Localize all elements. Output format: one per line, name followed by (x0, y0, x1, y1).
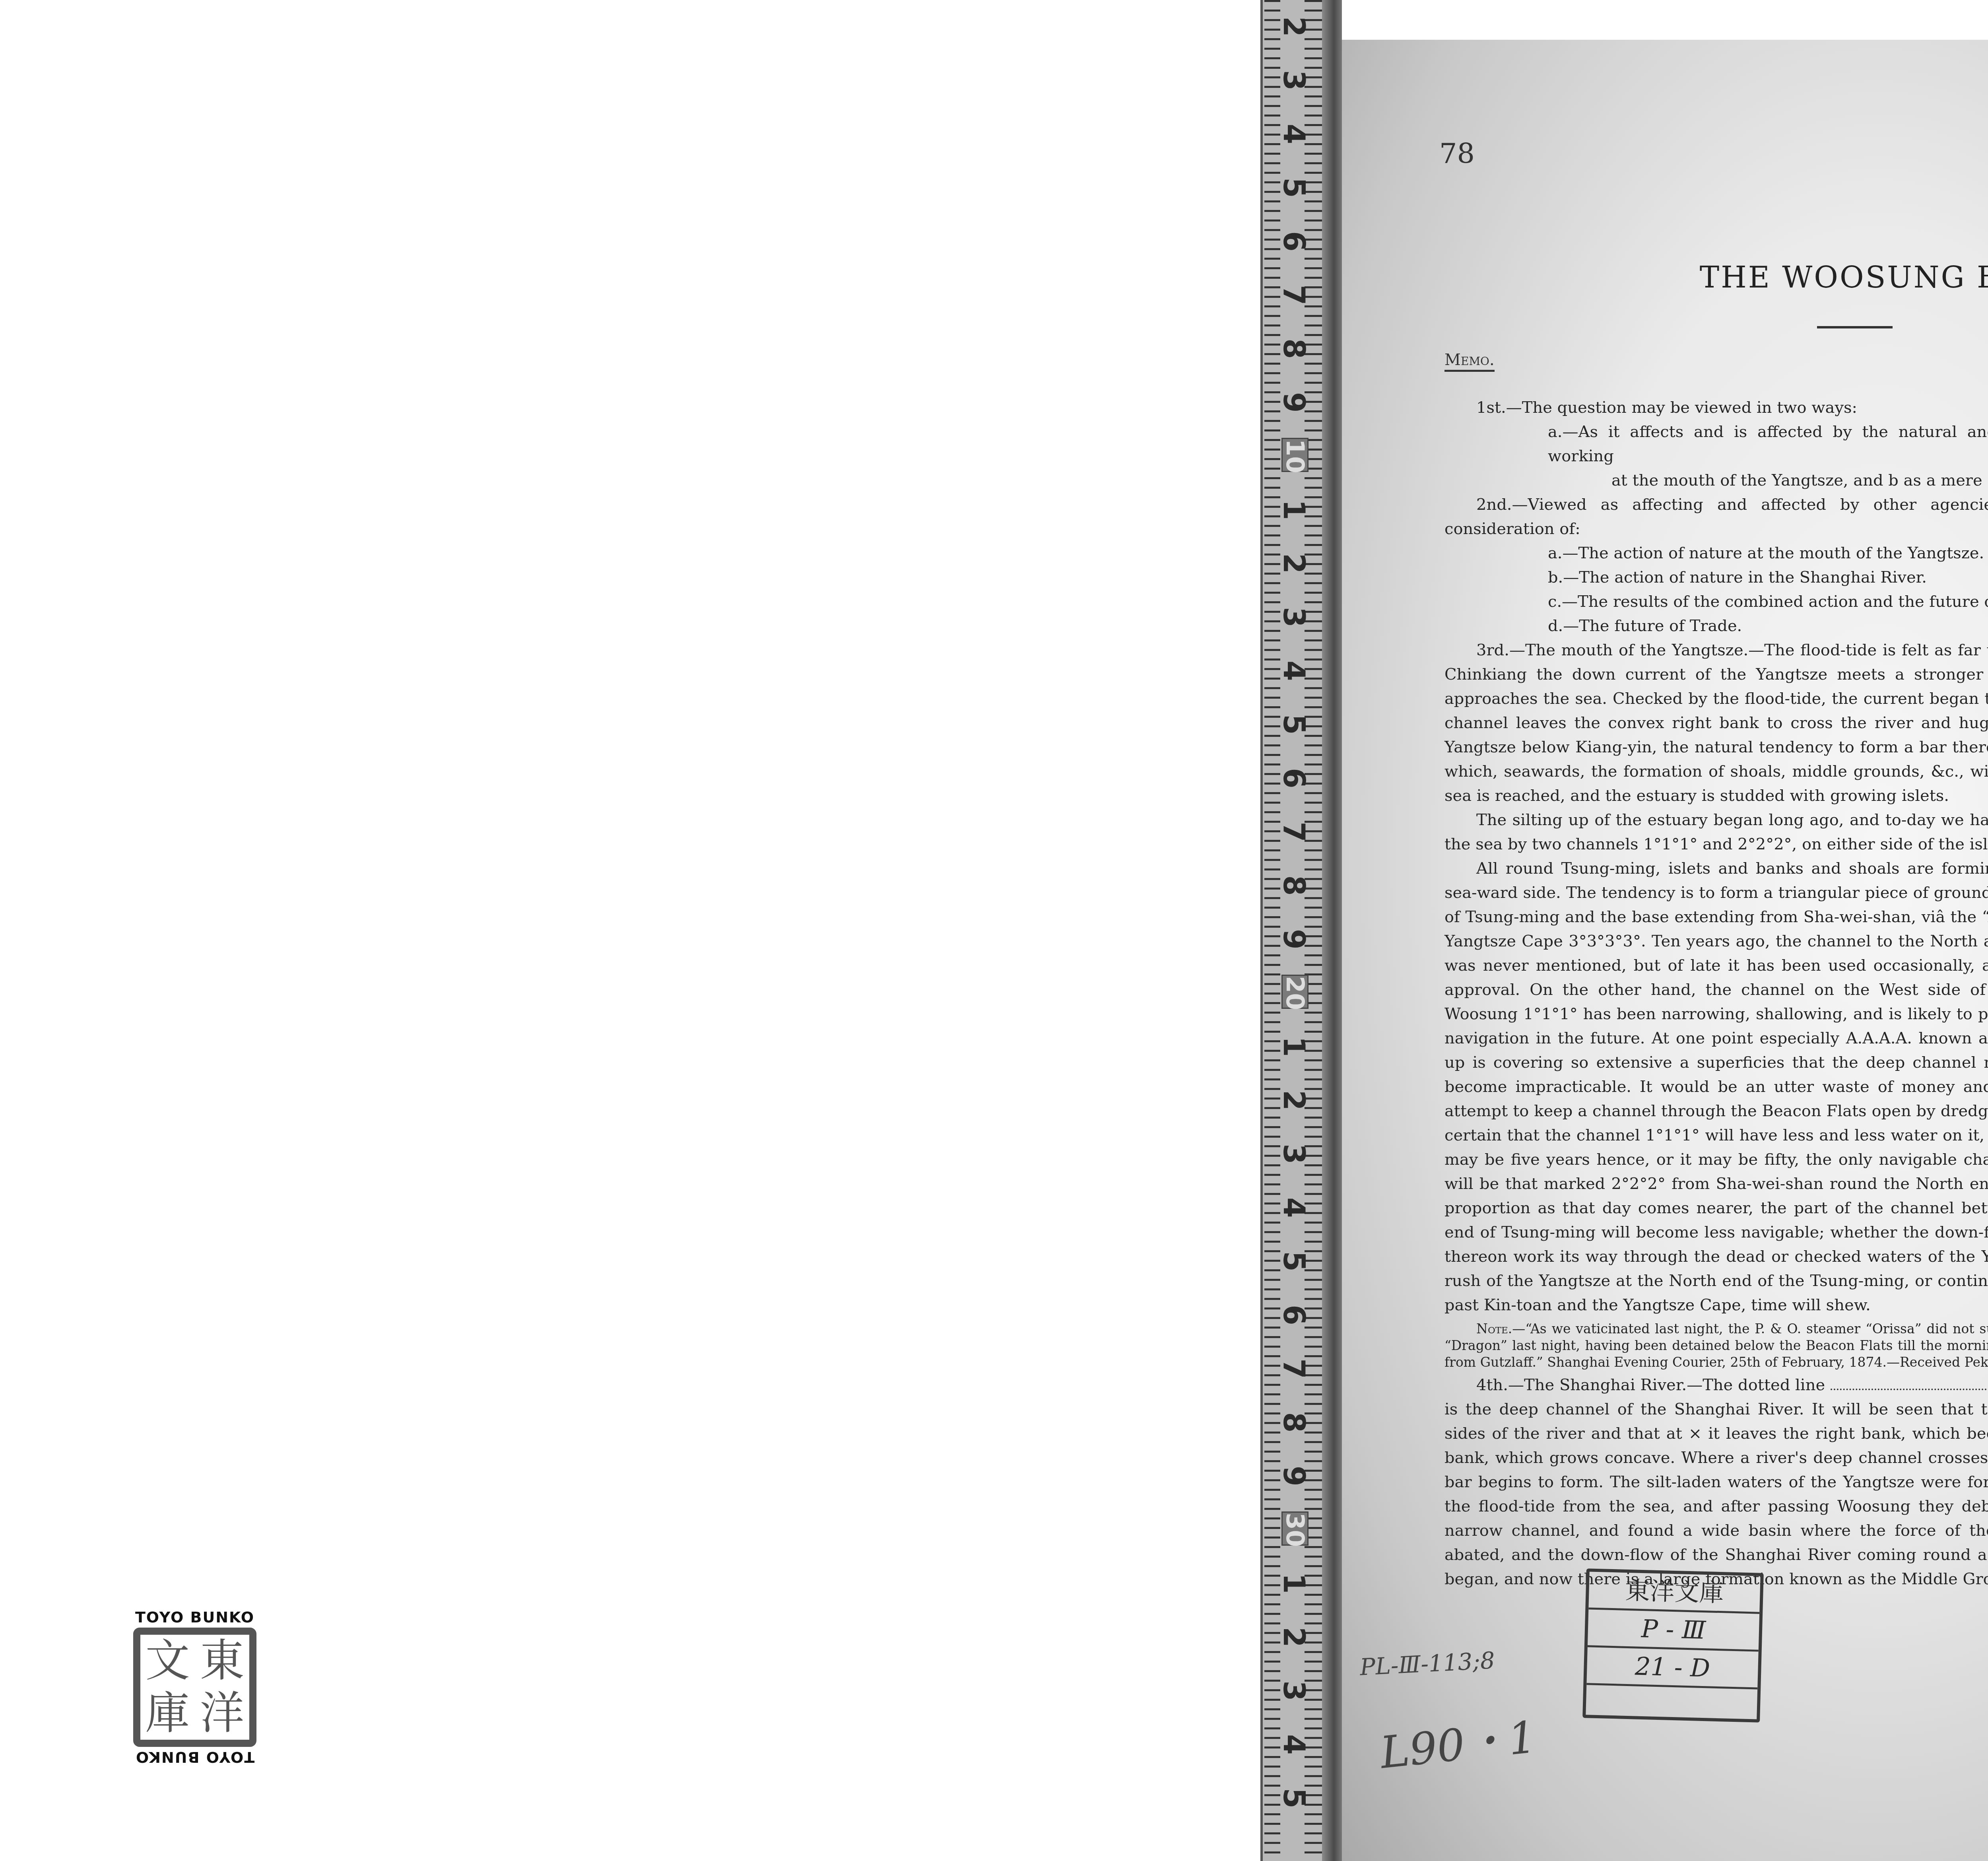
logo-label: TOYO BUNKO (127, 1608, 262, 1626)
document-body: 1st.—The question may be viewed in two w… (1444, 396, 1988, 1591)
seal-char: 文 (140, 1635, 195, 1687)
ruler-label: 4 (1279, 118, 1309, 150)
measurement-ruler: 2345678910123456789201234567893012345 (1260, 0, 1342, 1861)
para-4th: 4th.—The Shanghai River.—The dotted line… (1444, 1373, 1988, 1591)
page-title: THE WOOSUNG BAR. (1342, 260, 1988, 295)
ruler-label: 6 (1279, 762, 1309, 794)
seal-char: 洋 (195, 1687, 249, 1740)
para-silting: The silting up of the estuary began long… (1444, 808, 1988, 857)
note-text: —“As we vaticinated last night, the P. &… (1444, 1321, 1988, 1370)
para-4th-rest: in the map on the first page is the deep… (1444, 1376, 1988, 1588)
ruler-label: 1 (1279, 494, 1309, 526)
para-2nd-c: c.—The results of the combined action an… (1444, 590, 1988, 614)
para-2nd: 2nd.—Viewed as affecting and affected by… (1444, 493, 1988, 541)
library-stamp-name: 東洋文庫 (1588, 1572, 1760, 1614)
footnote: Note.—“As we vaticinated last night, the… (1444, 1321, 1988, 1371)
seal-char: 東 (195, 1635, 249, 1687)
ruler-label: 9 (1279, 1460, 1309, 1492)
ruler-label: 7 (1279, 1353, 1309, 1385)
ruler-label: 20 (1281, 975, 1309, 1009)
ruler-label: 5 (1279, 709, 1309, 740)
toyo-bunko-seal-icon: 文 東 庫 洋 (133, 1628, 256, 1747)
para-2nd-d: d.—The future of Trade. (1444, 614, 1988, 638)
ruler-label: 6 (1279, 225, 1309, 257)
toyo-bunko-logo-bottom-left: TOYO BUNKO 文 東 庫 洋 TOYO BUNKO (127, 1608, 262, 1766)
ruler-label: 8 (1279, 870, 1309, 901)
note-label: Note. (1476, 1321, 1512, 1337)
library-stamp-class: P - Ⅲ (1588, 1609, 1759, 1651)
ruler-label: 2 (1279, 548, 1309, 579)
para-1st-a-cont: at the mouth of the Yangtsze, and b as a… (1444, 468, 1988, 493)
ruler-label: 9 (1279, 923, 1309, 955)
ruler-label: 1 (1279, 1568, 1309, 1599)
logo-label-inverted: TOYO BUNKO (127, 1748, 262, 1766)
ruler-label: 9 (1279, 387, 1309, 418)
ruler-label: 6 (1279, 1299, 1309, 1331)
ruler-label: 1 (1279, 1031, 1309, 1063)
title-divider (1817, 326, 1893, 328)
para-tsung-ming: All round Tsung-ming, islets and banks a… (1444, 857, 1988, 1317)
ruler-label: 3 (1279, 601, 1309, 633)
para-2nd-a: a.—The action of nature at the mouth of … (1444, 541, 1988, 565)
ruler-label: 5 (1279, 1782, 1309, 1814)
ruler-label: 4 (1279, 1192, 1309, 1224)
seal-char: 庫 (140, 1687, 195, 1740)
ruler-label: 7 (1279, 816, 1309, 848)
para-1st-a: a.—As it affects and is affected by the … (1444, 420, 1988, 468)
ruler-label: 2 (1279, 1621, 1309, 1653)
dotted-line-sample (1831, 1385, 1988, 1390)
ruler-label: 7 (1279, 279, 1309, 311)
ruler-label: 3 (1279, 1675, 1309, 1707)
library-stamp: 東洋文庫 P - Ⅲ 21 - D (1582, 1568, 1764, 1723)
ruler-label: 2 (1279, 1084, 1309, 1116)
ruler-label: 8 (1279, 1406, 1309, 1438)
para-3rd: 3rd.—The mouth of the Yangtsze.—The floo… (1444, 638, 1988, 808)
ruler-label: 5 (1279, 1245, 1309, 1277)
page-number: 78 (1439, 137, 1475, 170)
ruler-label: 3 (1279, 64, 1309, 96)
ruler-label: 3 (1279, 1138, 1309, 1170)
ruler-label: 4 (1279, 655, 1309, 687)
para-1st: 1st.—The question may be viewed in two w… (1444, 396, 1988, 420)
ruler-edge (1322, 0, 1342, 1861)
ruler-label: 8 (1279, 333, 1309, 365)
library-stamp-shelf: 21 - D (1586, 1647, 1758, 1689)
para-4th-start: 4th.—The Shanghai River.—The dotted line (1476, 1376, 1825, 1394)
memo-label: Memo. (1444, 351, 1495, 372)
para-2nd-b: b.—The action of nature in the Shanghai … (1444, 565, 1988, 590)
ruler-label: 30 (1281, 1511, 1309, 1546)
ruler-label: 5 (1279, 172, 1309, 204)
ruler-label: 4 (1279, 1729, 1309, 1760)
ruler-label: 10 (1281, 438, 1309, 472)
ruler-label: 2 (1279, 11, 1309, 43)
